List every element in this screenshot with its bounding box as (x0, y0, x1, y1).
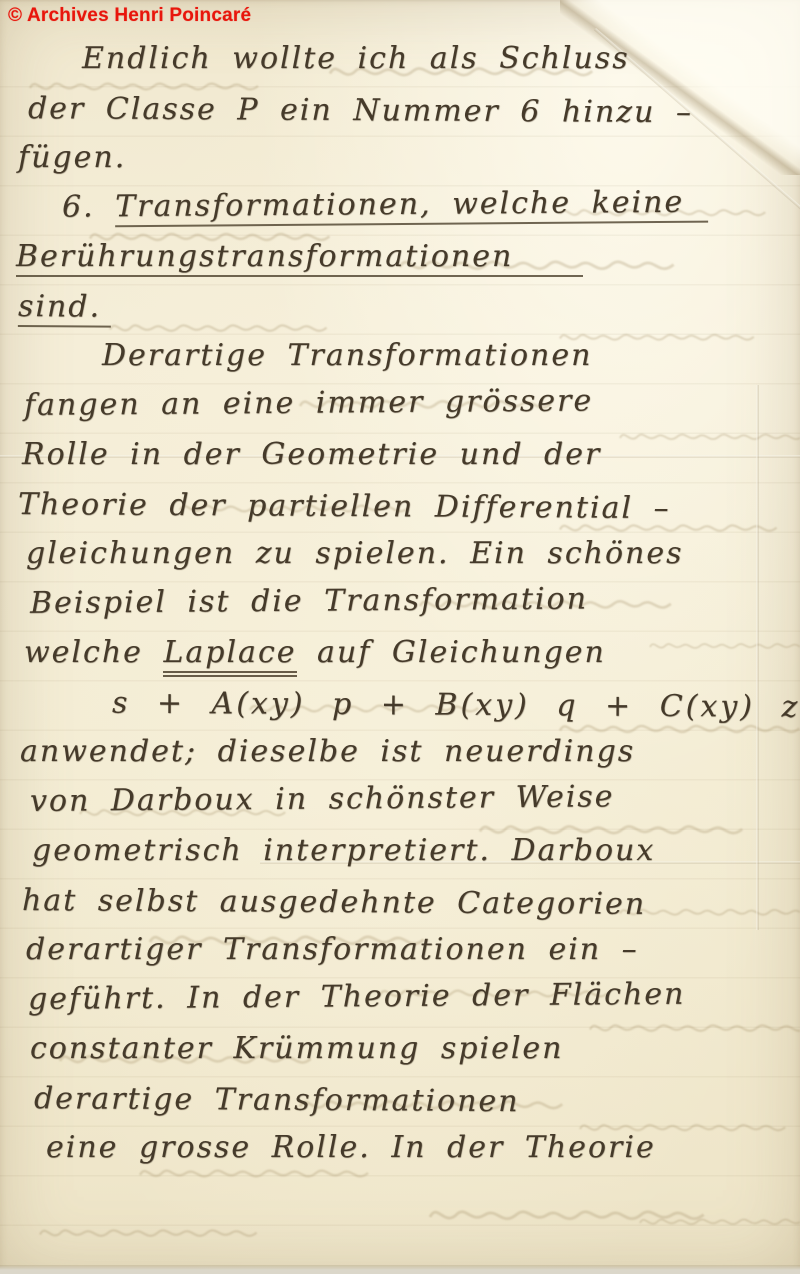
handwritten-line-8: fangen an eine immer grössere (16, 374, 788, 430)
handwriting-text: Derartige Transformationen (102, 338, 592, 373)
handwritten-line-4: 6. Transformationen, welche keine (16, 176, 788, 232)
letter-body: Endlich wollte ich als Schlussder Classe… (16, 34, 788, 1173)
handwritten-line-12: Beispiel ist die Transformation (16, 572, 788, 628)
handwritten-line-14: s + A(xy) p + B(xy) q + C(xy) z – (16, 678, 788, 732)
handwritten-line-1: Endlich wollte ich als Schluss (16, 34, 788, 84)
handwriting-text: der Classe P ein Nummer 6 hinzu – (28, 91, 693, 130)
handwritten-line-17: geometrisch interpretiert. Darboux (16, 826, 788, 876)
handwritten-line-15: anwendet; dieselbe ist neuerdings (16, 727, 788, 777)
handwriting-text: constanter Krümmung spielen (30, 1031, 564, 1066)
handwriting-text: 6. (62, 189, 115, 224)
handwriting-text: hat selbst ausgedehnte Categorien (22, 883, 646, 922)
underlined-text: Laplace (163, 635, 296, 677)
handwriting-text: eine grosse Rolle. In der Theorie (46, 1130, 656, 1165)
handwriting-text: Rolle in der Geometrie und der (22, 437, 601, 472)
handwritten-line-3: fügen. (16, 133, 788, 183)
handwriting-text: Endlich wollte ich als Schluss (82, 41, 630, 76)
handwritten-line-6: sind. (16, 282, 788, 336)
handwritten-line-19: derartiger Transformationen ein – (16, 925, 788, 975)
handwriting-text: von Darboux in schönster Weise (30, 779, 615, 819)
handwritten-line-16: von Darboux in schönster Weise (16, 770, 788, 826)
handwritten-line-22: derartige Transformationen (16, 1074, 788, 1128)
handwriting-text: auf Gleichungen (297, 635, 606, 670)
handwritten-line-23: eine grosse Rolle. In der Theorie (16, 1123, 788, 1173)
handwriting-text: anwendet; dieselbe ist neuerdings (20, 734, 635, 769)
handwriting-text: derartige Transformationen (34, 1081, 520, 1119)
handwriting-text: Beispiel ist die Transformation (30, 581, 588, 620)
manuscript-page: © Archives Henri Poincaré Endlich wollte… (0, 0, 800, 1274)
handwriting-text: welche (24, 635, 163, 670)
scan-edge (0, 1265, 800, 1274)
handwriting-text: geometrisch interpretiert. Darboux (32, 833, 655, 868)
underlined-text: Berührungstransformationen (16, 239, 583, 277)
handwritten-line-11: gleichungen zu spielen. Ein schönes (16, 529, 788, 579)
handwritten-line-5: Berührungstransformationen (16, 232, 788, 282)
handwriting-text: derartiger Transformationen ein – (26, 932, 639, 967)
handwritten-line-2: der Classe P ein Nummer 6 hinzu – (16, 84, 788, 138)
handwriting-text: gleichungen zu spielen. Ein schönes (26, 536, 683, 571)
handwritten-line-7: Derartige Transformationen (16, 331, 788, 381)
handwriting-text: fangen an eine immer grössere (24, 383, 593, 422)
handwriting-text: geführt. In der Theorie der Flächen (28, 976, 686, 1016)
underlined-text: Transformationen, welche keine (115, 184, 708, 227)
handwritten-line-18: hat selbst ausgedehnte Categorien (16, 876, 788, 930)
handwritten-line-9: Rolle in der Geometrie und der (16, 430, 788, 480)
handwriting-text: Theorie der partiellen Differential – (18, 487, 671, 526)
handwriting-text: fügen. (18, 140, 126, 175)
handwritten-line-20: geführt. In der Theorie der Flächen (16, 968, 788, 1024)
handwriting-text: s + A(xy) p + B(xy) q + C(xy) z – (112, 685, 800, 724)
handwritten-line-21: constanter Krümmung spielen (16, 1024, 788, 1074)
archive-watermark: © Archives Henri Poincaré (8, 5, 251, 27)
underlined-text: sind. (18, 289, 111, 328)
handwritten-line-10: Theorie der partiellen Differential – (16, 480, 788, 534)
handwritten-line-13: welche Laplace auf Gleichungen (16, 628, 788, 678)
